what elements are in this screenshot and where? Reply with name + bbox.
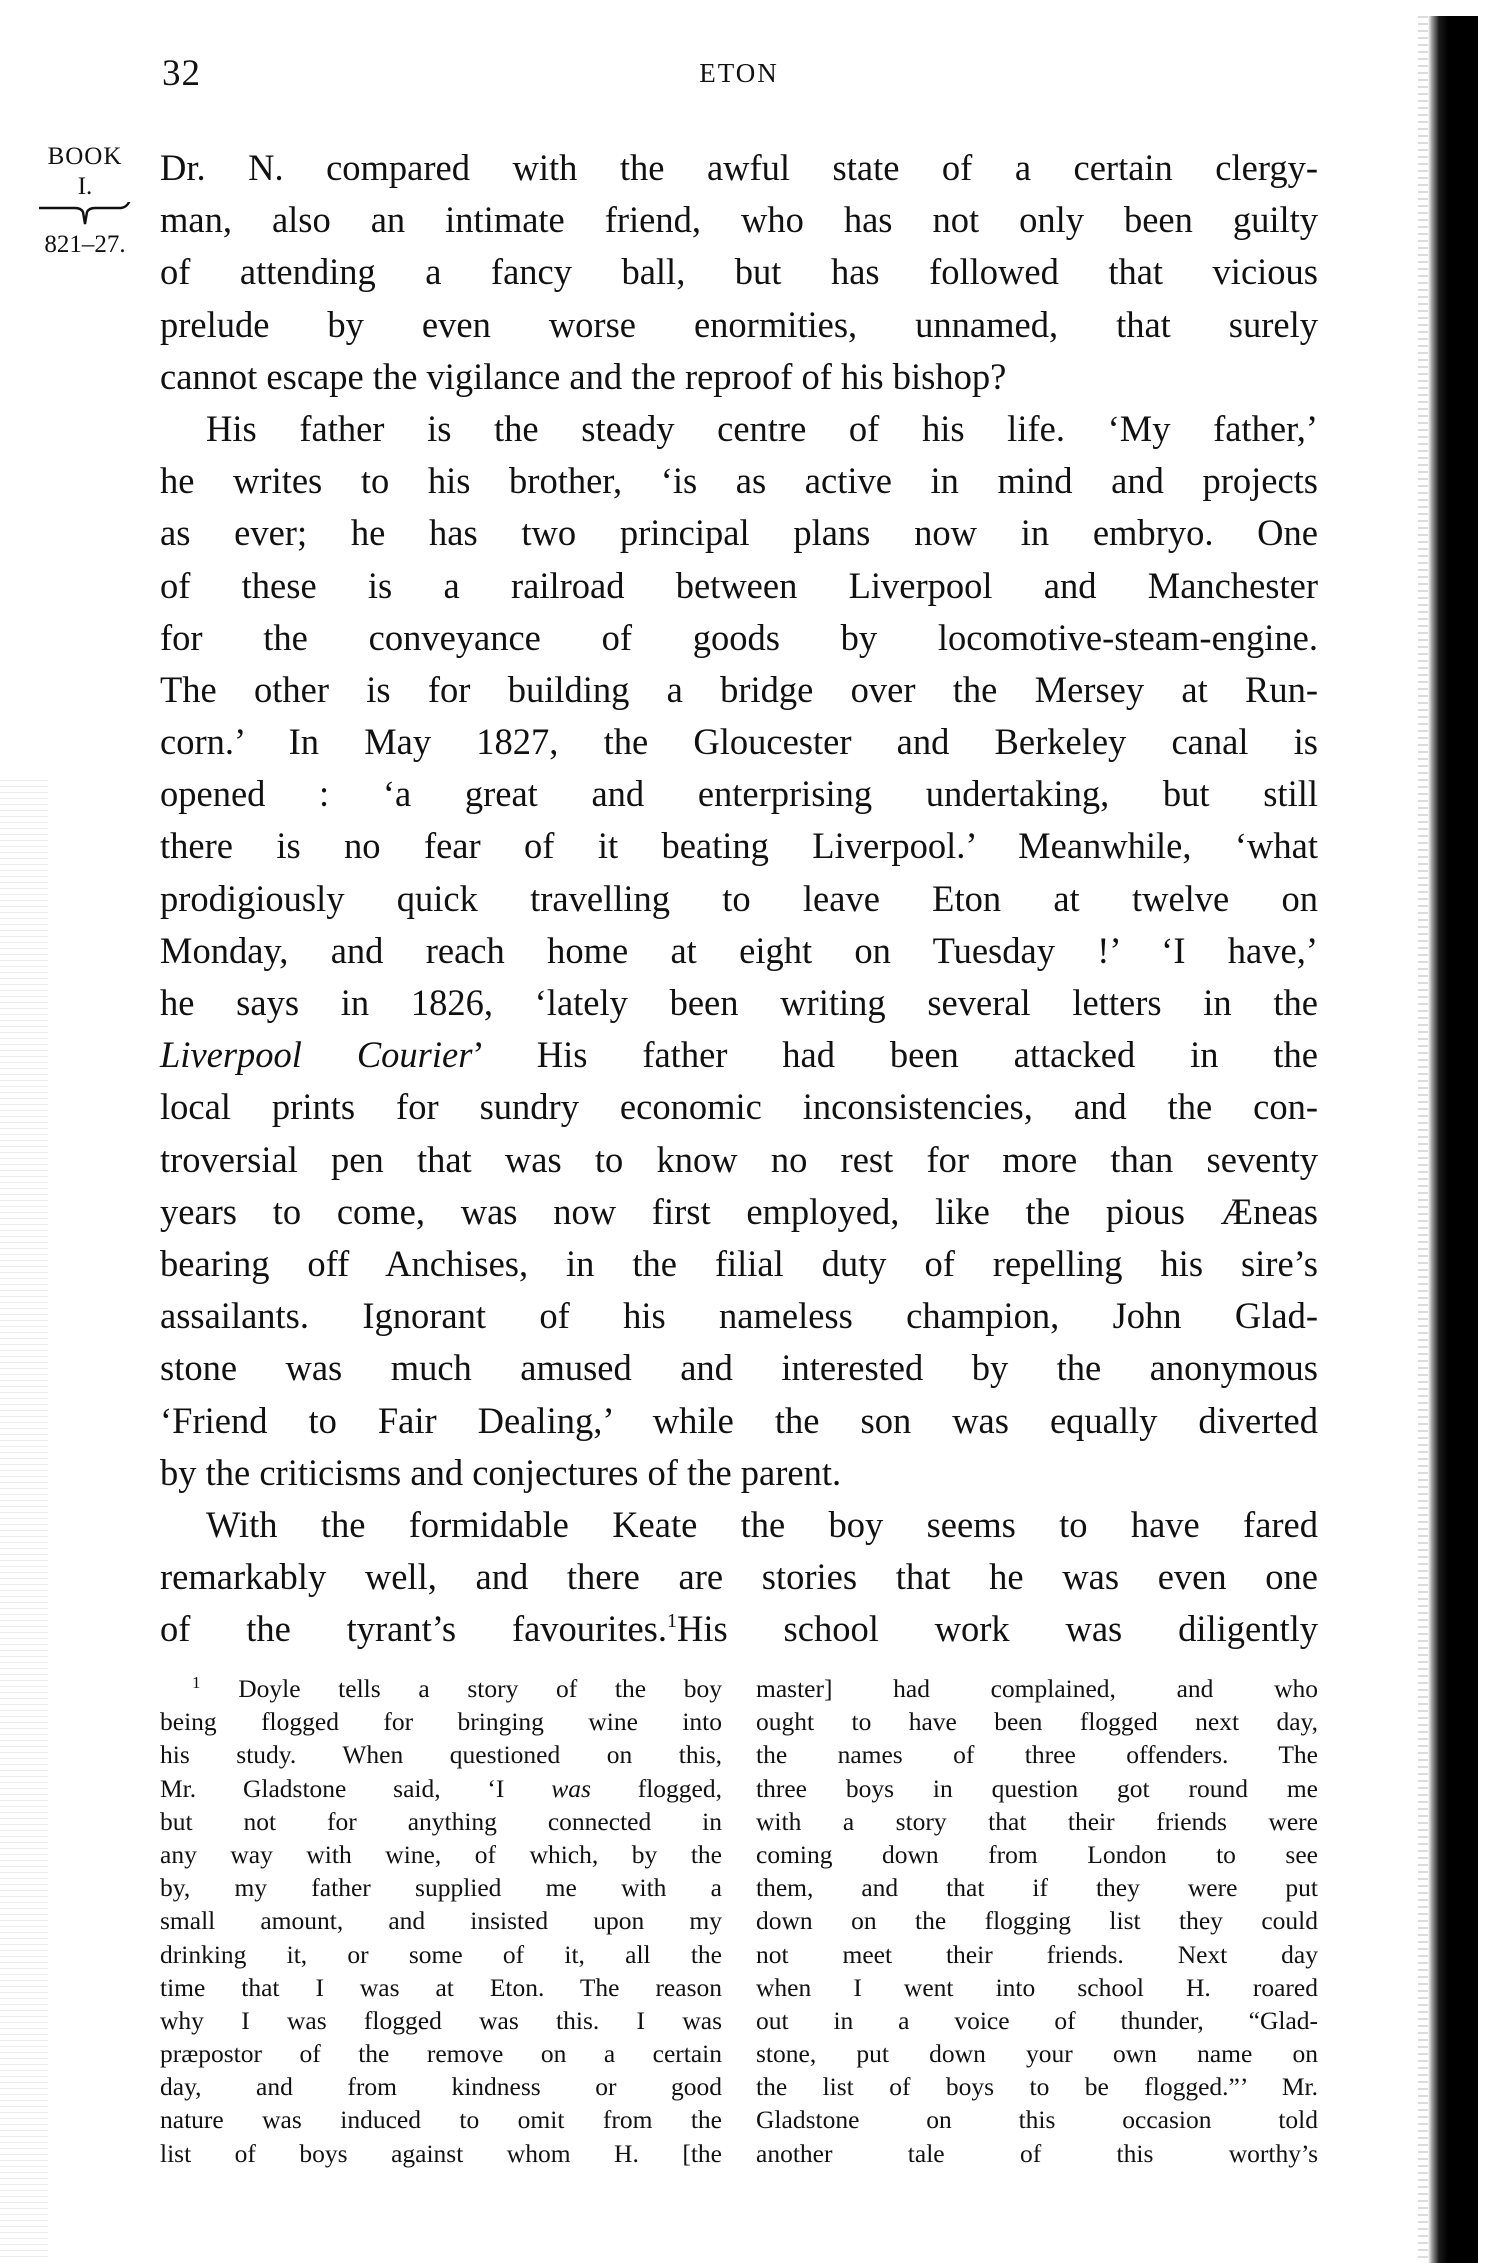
- footnote-line: not meet their friends. Next day: [756, 1938, 1318, 1971]
- footnote-text: Mr. Gladstone said, ‘I: [160, 1774, 551, 1803]
- footnote-line: coming down from London to see: [756, 1838, 1318, 1871]
- body-line: of these is a railroad between Liverpool…: [160, 560, 1318, 612]
- body-line-with-footnote-ref: of the tyrant’s favourites.1His school w…: [160, 1603, 1318, 1655]
- footnote-line: them, and that if they were put: [756, 1871, 1318, 1904]
- body-line: bearing off Anchises, in the filial duty…: [160, 1238, 1318, 1290]
- body-line: prelude by even worse enormities, unname…: [160, 299, 1318, 351]
- paragraph-start-line: With the formidable Keate the boy seems …: [160, 1499, 1318, 1551]
- body-line: The other is for building a bridge over …: [160, 664, 1318, 716]
- body-line: stone was much amused and interested by …: [160, 1342, 1318, 1394]
- footnotes: 1 Doyle tells a story of the boy being f…: [160, 1672, 1318, 2132]
- body-line: prodigiously quick travelling to leave E…: [160, 873, 1318, 925]
- footnote-text: flogged,: [591, 1774, 722, 1803]
- body-line: assailants. Ignorant of his nameless cha…: [160, 1290, 1318, 1342]
- footnote-marker: 1: [192, 1673, 201, 1692]
- footnote-line: list of boys against whom H. [the: [160, 2137, 722, 2170]
- sidenote-book-numeral: I.: [30, 172, 140, 202]
- footnote-line: stone, put down your own name on: [756, 2037, 1318, 2070]
- body-line: there is no fear of it beating Liverpool…: [160, 820, 1318, 872]
- body-line: cannot escape the vigilance and the repr…: [160, 351, 1318, 403]
- body-line: opened : ‘a great and enterprising under…: [160, 768, 1318, 820]
- body-line: years to come, was now first employed, l…: [160, 1186, 1318, 1238]
- footnote-line: time that I was at Eton. The reason: [160, 1971, 722, 2004]
- body-line-tail: ’ His father had been attacked in the: [472, 1034, 1318, 1075]
- body-line: he writes to his brother, ‘is as active …: [160, 455, 1318, 507]
- body-line: Monday, and reach home at eight on Tuesd…: [160, 925, 1318, 977]
- running-title: ETON: [160, 58, 1318, 89]
- footnote-line: his study. When questioned on this,: [160, 1738, 722, 1771]
- footnote-line: out in a voice of thunder, “Glad-: [756, 2004, 1318, 2037]
- body-line: remarkably well, and there are stories t…: [160, 1551, 1318, 1603]
- body-line: troversial pen that was to know no rest …: [160, 1134, 1318, 1186]
- footnote-line: ought to have been flogged next day,: [756, 1705, 1318, 1738]
- body-line-head: of the tyrant’s favourites.: [160, 1608, 667, 1649]
- italic-title: Liverpool Courier: [160, 1034, 472, 1075]
- body-line-tail: His school work was diligently: [677, 1608, 1318, 1649]
- footnote-column-left: 1 Doyle tells a story of the boy being f…: [160, 1672, 722, 2170]
- footnote-line: Gladstone on this occasion told: [756, 2103, 1318, 2136]
- footnote-line: three boys in question got round me: [756, 1772, 1318, 1805]
- brace-icon: [35, 202, 135, 228]
- body-line: by the criticisms and conjectures of the…: [160, 1447, 1318, 1499]
- footnote-reference[interactable]: 1: [667, 1610, 677, 1632]
- footnote-line: the list of boys to be flogged.”’ Mr.: [756, 2070, 1318, 2103]
- footnote-line: day, and from kindness or good: [160, 2070, 722, 2103]
- body-line: he says in 1826, ‘lately been writing se…: [160, 977, 1318, 1029]
- footnote-line: why I was flogged was this. I was: [160, 2004, 722, 2037]
- sidenote-years: 821–27.: [30, 230, 140, 260]
- body-line-with-italic: Liverpool Courier’ His father had been a…: [160, 1029, 1318, 1081]
- body-line: as ever; he has two principal plans now …: [160, 507, 1318, 559]
- body-line: man, also an intimate friend, who has no…: [160, 194, 1318, 246]
- footnote-line: being flogged for bringing wine into: [160, 1705, 722, 1738]
- footnote-line: another tale of this worthy’s: [756, 2137, 1318, 2170]
- footnote-line: Mr. Gladstone said, ‘I was flogged,: [160, 1772, 722, 1805]
- body-line: ‘Friend to Fair Dealing,’ while the son …: [160, 1395, 1318, 1447]
- footnote-line: small amount, and insisted upon my: [160, 1904, 722, 1937]
- footnote-column-right: master] had complained, and who ought to…: [756, 1672, 1318, 2170]
- footnote-line: master] had complained, and who: [756, 1672, 1318, 1705]
- footnote-line: nature was induced to omit from the: [160, 2103, 722, 2136]
- body-line: for the conveyance of goods by locomotiv…: [160, 612, 1318, 664]
- main-body-text: Dr. N. compared with the awful state of …: [160, 142, 1318, 1655]
- footnote-line: with a story that their friends were: [756, 1805, 1318, 1838]
- body-line: of attending a fancy ball, but has follo…: [160, 246, 1318, 298]
- footnote-text: Doyle tells a story of the boy: [238, 1674, 722, 1703]
- footnote-line: 1 Doyle tells a story of the boy: [160, 1672, 722, 1705]
- italic-emphasis: was: [551, 1774, 591, 1803]
- paragraph-start-line: His father is the steady centre of his l…: [160, 403, 1318, 455]
- footnote-line: when I went into school H. roared: [756, 1971, 1318, 2004]
- footnote-line: the names of three offenders. The: [756, 1738, 1318, 1771]
- footnote-line: by, my father supplied me with a: [160, 1871, 722, 1904]
- sidenote-book-label: BOOK: [30, 142, 140, 172]
- footnote-line: but not for anything connected in: [160, 1805, 722, 1838]
- footnote-line: any way with wine, of which, by the: [160, 1838, 722, 1871]
- scan-gutter-noise: [0, 780, 48, 2260]
- body-line: local prints for sundry economic inconsi…: [160, 1081, 1318, 1133]
- running-head: 32 ETON: [160, 52, 1318, 102]
- footnote-line: præpostor of the remove on a certain: [160, 2037, 722, 2070]
- footnote-line: down on the flogging list they could: [756, 1904, 1318, 1937]
- body-line: corn.’ In May 1827, the Gloucester and B…: [160, 716, 1318, 768]
- book-binding-edge: [1428, 16, 1478, 2263]
- scanned-book-page: 32 ETON BOOK I. 821–27. Dr. N. compared …: [0, 0, 1489, 2263]
- footnote-line: drinking it, or some of it, all the: [160, 1938, 722, 1971]
- body-line: Dr. N. compared with the awful state of …: [160, 142, 1318, 194]
- margin-sidenote: BOOK I. 821–27.: [30, 142, 140, 260]
